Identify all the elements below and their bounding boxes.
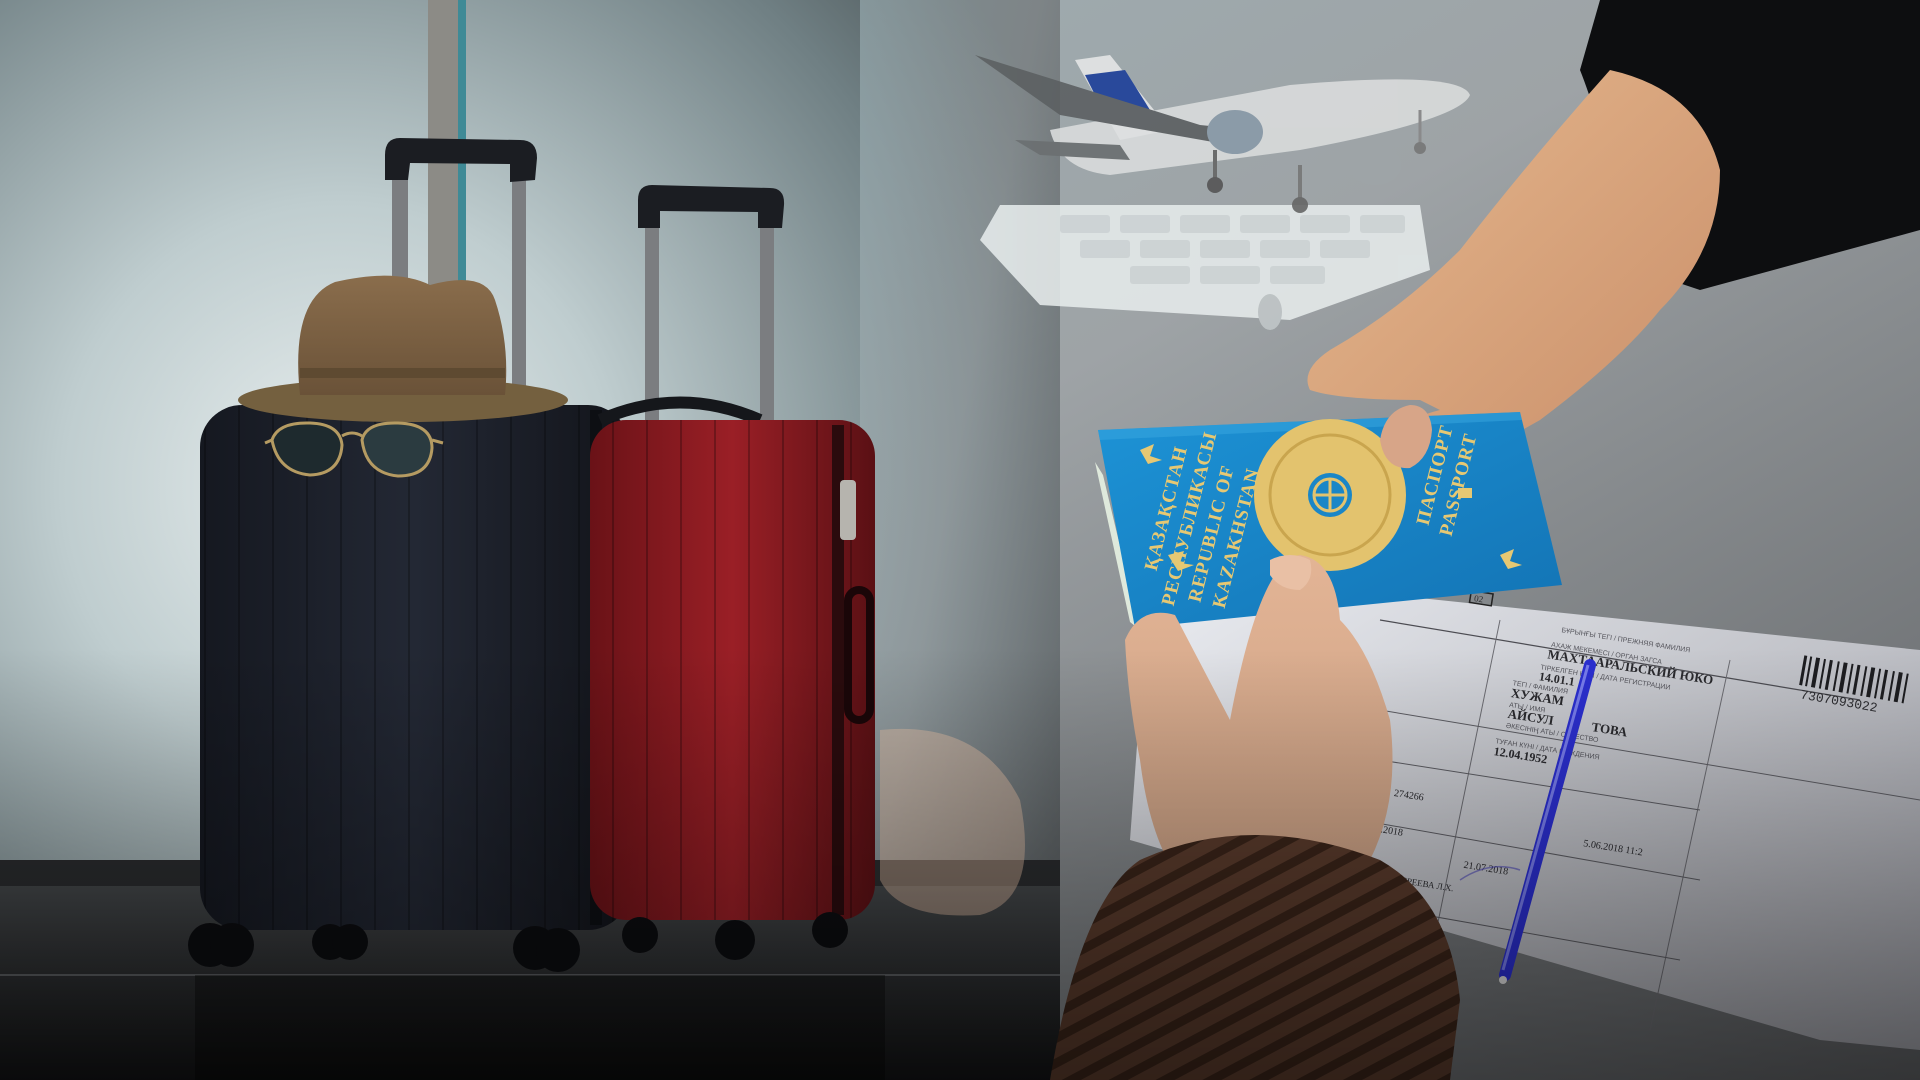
travel-collage: БҰРЫНҒЫ ТЕГІ / ПРЕЖНЯЯ ФАМИЛИЯ АХАЖ МЕКЕ… bbox=[0, 0, 1920, 1080]
collage-artwork: БҰРЫНҒЫ ТЕГІ / ПРЕЖНЯЯ ФАМИЛИЯ АХАЖ МЕКЕ… bbox=[0, 0, 1920, 1080]
vignette-overlay bbox=[0, 0, 1920, 1080]
